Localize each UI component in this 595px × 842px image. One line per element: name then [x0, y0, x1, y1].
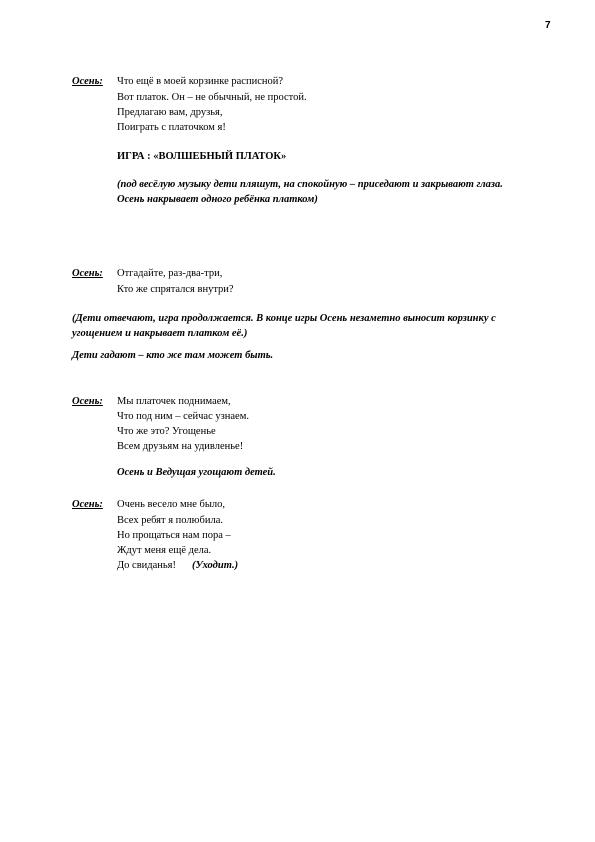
stage-direction: (под весёлую музыку дети пляшут, на спок… — [117, 179, 503, 190]
stage-direction: угощением и накрывает платком её.) — [72, 328, 247, 339]
stage-direction: (Дети отвечают, игра продолжается. В кон… — [72, 313, 496, 324]
page-number: 7 — [545, 20, 551, 31]
verse-line: Всех ребят я полюбила. — [117, 515, 223, 526]
verse-line: Предлагаю вам, друзья, — [117, 107, 223, 118]
stage-direction: Осень накрывает одного ребёнка платком) — [117, 194, 318, 205]
exit-note: (Уходит.) — [192, 560, 238, 571]
game-title: ИГРА : «ВОЛШЕБНЫЙ ПЛАТОК» — [117, 151, 286, 162]
speaker-label: Осень: — [72, 499, 103, 510]
verse-line: Ждут меня ещё дела. — [117, 545, 211, 556]
verse-line: Вот платок. Он – не обычный, не простой. — [117, 92, 307, 103]
verse-line: Всем друзьям на удивленье! — [117, 441, 243, 452]
verse-line: Кто же спрятался внутри? — [117, 284, 234, 295]
stage-direction: Осень и Ведущая угощают детей. — [117, 467, 276, 478]
verse-line: Что же это? Угощенье — [117, 426, 216, 437]
speaker-label: Осень: — [72, 396, 103, 407]
verse-line: Но прощаться нам пора – — [117, 530, 231, 541]
verse-line: Поиграть с платочком я! — [117, 122, 226, 133]
verse-line: До свиданья! — [117, 560, 176, 571]
speaker-label: Осень: — [72, 76, 103, 87]
stage-direction: Дети гадают – кто же там может быть. — [72, 350, 273, 361]
verse-line: Что под ним – сейчас узнаем. — [117, 411, 249, 422]
verse-line: Что ещё в моей корзинке расписной? — [117, 76, 283, 87]
speaker-label: Осень: — [72, 268, 103, 279]
verse-line: Очень весело мне было, — [117, 499, 225, 510]
verse-line: Отгадайте, раз-два-три, — [117, 268, 222, 279]
verse-line: Мы платочек поднимаем, — [117, 396, 231, 407]
